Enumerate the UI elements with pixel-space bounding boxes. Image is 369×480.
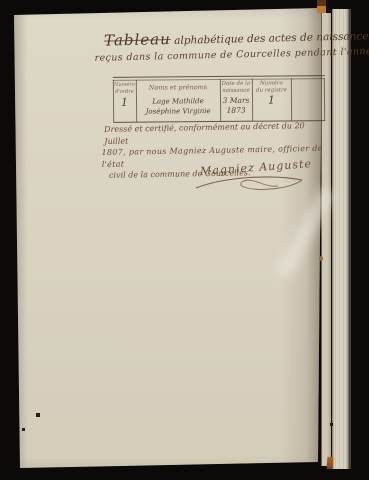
page-paper xyxy=(0,0,369,480)
signature-flourish xyxy=(192,171,312,197)
row-register-number: 1 xyxy=(252,93,291,106)
header-names: Noms et prénoms xyxy=(136,83,220,92)
table-vertical-rule xyxy=(291,78,292,120)
header-order-number: Numéro d'ordre xyxy=(113,82,136,96)
row-birth-date: 3 Mars 1873 xyxy=(220,96,252,117)
paper-speck xyxy=(36,413,40,417)
row-name: Lage Mathilde Joséphine Virginie xyxy=(136,96,220,117)
birth-index-table: Numéro d'ordre Noms et prénoms Date de l… xyxy=(113,75,325,123)
title-line-1: Tableau alphabétique des actes de naissa… xyxy=(104,29,335,50)
paper-speck xyxy=(22,428,25,431)
paper-speck xyxy=(330,423,333,426)
bookmark-ribbon-top xyxy=(317,0,326,13)
document-title: Tableau alphabétique des actes de naissa… xyxy=(90,29,336,64)
book-fore-edge xyxy=(332,9,351,469)
scan-viewport: Tableau alphabétique des actes de naissa… xyxy=(0,0,369,480)
title-word-tableau: Tableau xyxy=(104,30,171,50)
row-order-number: 1 xyxy=(113,96,136,109)
bookmark-ribbon-bottom xyxy=(327,457,334,469)
header-birth-date: Date de la naissance xyxy=(220,81,252,96)
paper-stain xyxy=(319,256,323,261)
